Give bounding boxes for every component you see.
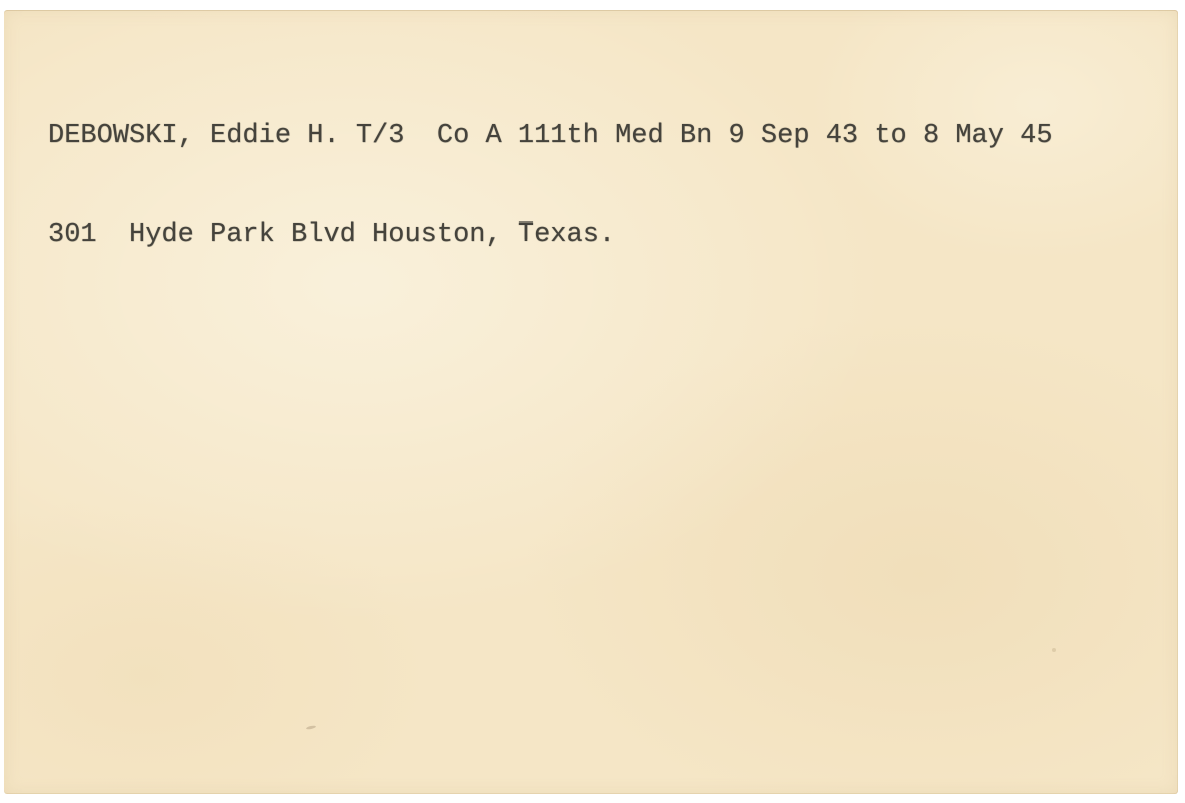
overstruck-t-glyph: T bbox=[518, 220, 534, 250]
address-line: 301 Hyde Park Blvd Houston, Texas. bbox=[48, 219, 1053, 252]
address-line-suffix: exas. bbox=[534, 220, 615, 250]
index-card: DEBOWSKI, Eddie H. T/3 Co A 111th Med Bn… bbox=[4, 10, 1178, 794]
paper-speck bbox=[306, 725, 316, 730]
address-line-prefix: 301 Hyde Park Blvd Houston, bbox=[48, 220, 518, 250]
service-record-line: DEBOWSKI, Eddie H. T/3 Co A 111th Med Bn… bbox=[48, 120, 1053, 153]
scanned-card-image: DEBOWSKI, Eddie H. T/3 Co A 111th Med Bn… bbox=[0, 0, 1185, 803]
paper-speck bbox=[1052, 648, 1056, 652]
typed-text-block: DEBOWSKI, Eddie H. T/3 Co A 111th Med Bn… bbox=[48, 54, 1053, 318]
